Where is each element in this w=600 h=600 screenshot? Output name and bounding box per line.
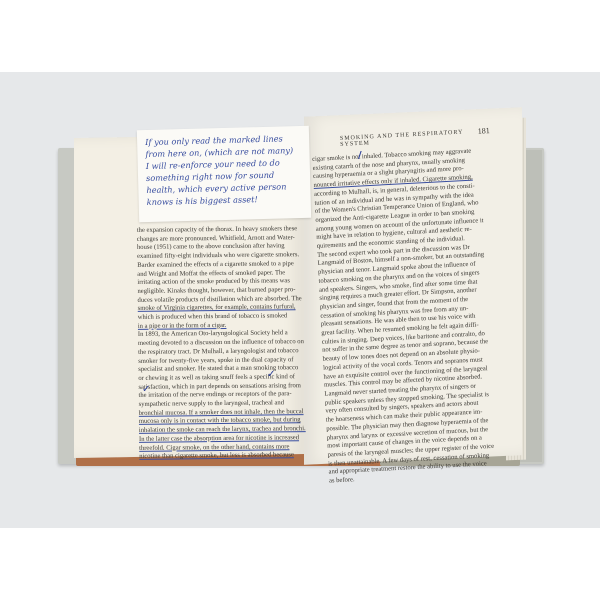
- checkmark-icon: /: [358, 150, 362, 161]
- checkmark-icon: ✓: [267, 369, 275, 380]
- text-line-underlined: nicotine than cigarette smoke, but less …: [139, 451, 309, 461]
- left-page-text: the expansion capacity of the thorax. In…: [137, 225, 309, 462]
- checkmark-icon: ✓: [142, 384, 150, 395]
- handwritten-note: If you only read the marked lines from h…: [137, 126, 311, 222]
- page-number: 181: [477, 126, 489, 136]
- right-page-text: cigar smoke is not inhaled. Tobacco smok…: [312, 146, 515, 486]
